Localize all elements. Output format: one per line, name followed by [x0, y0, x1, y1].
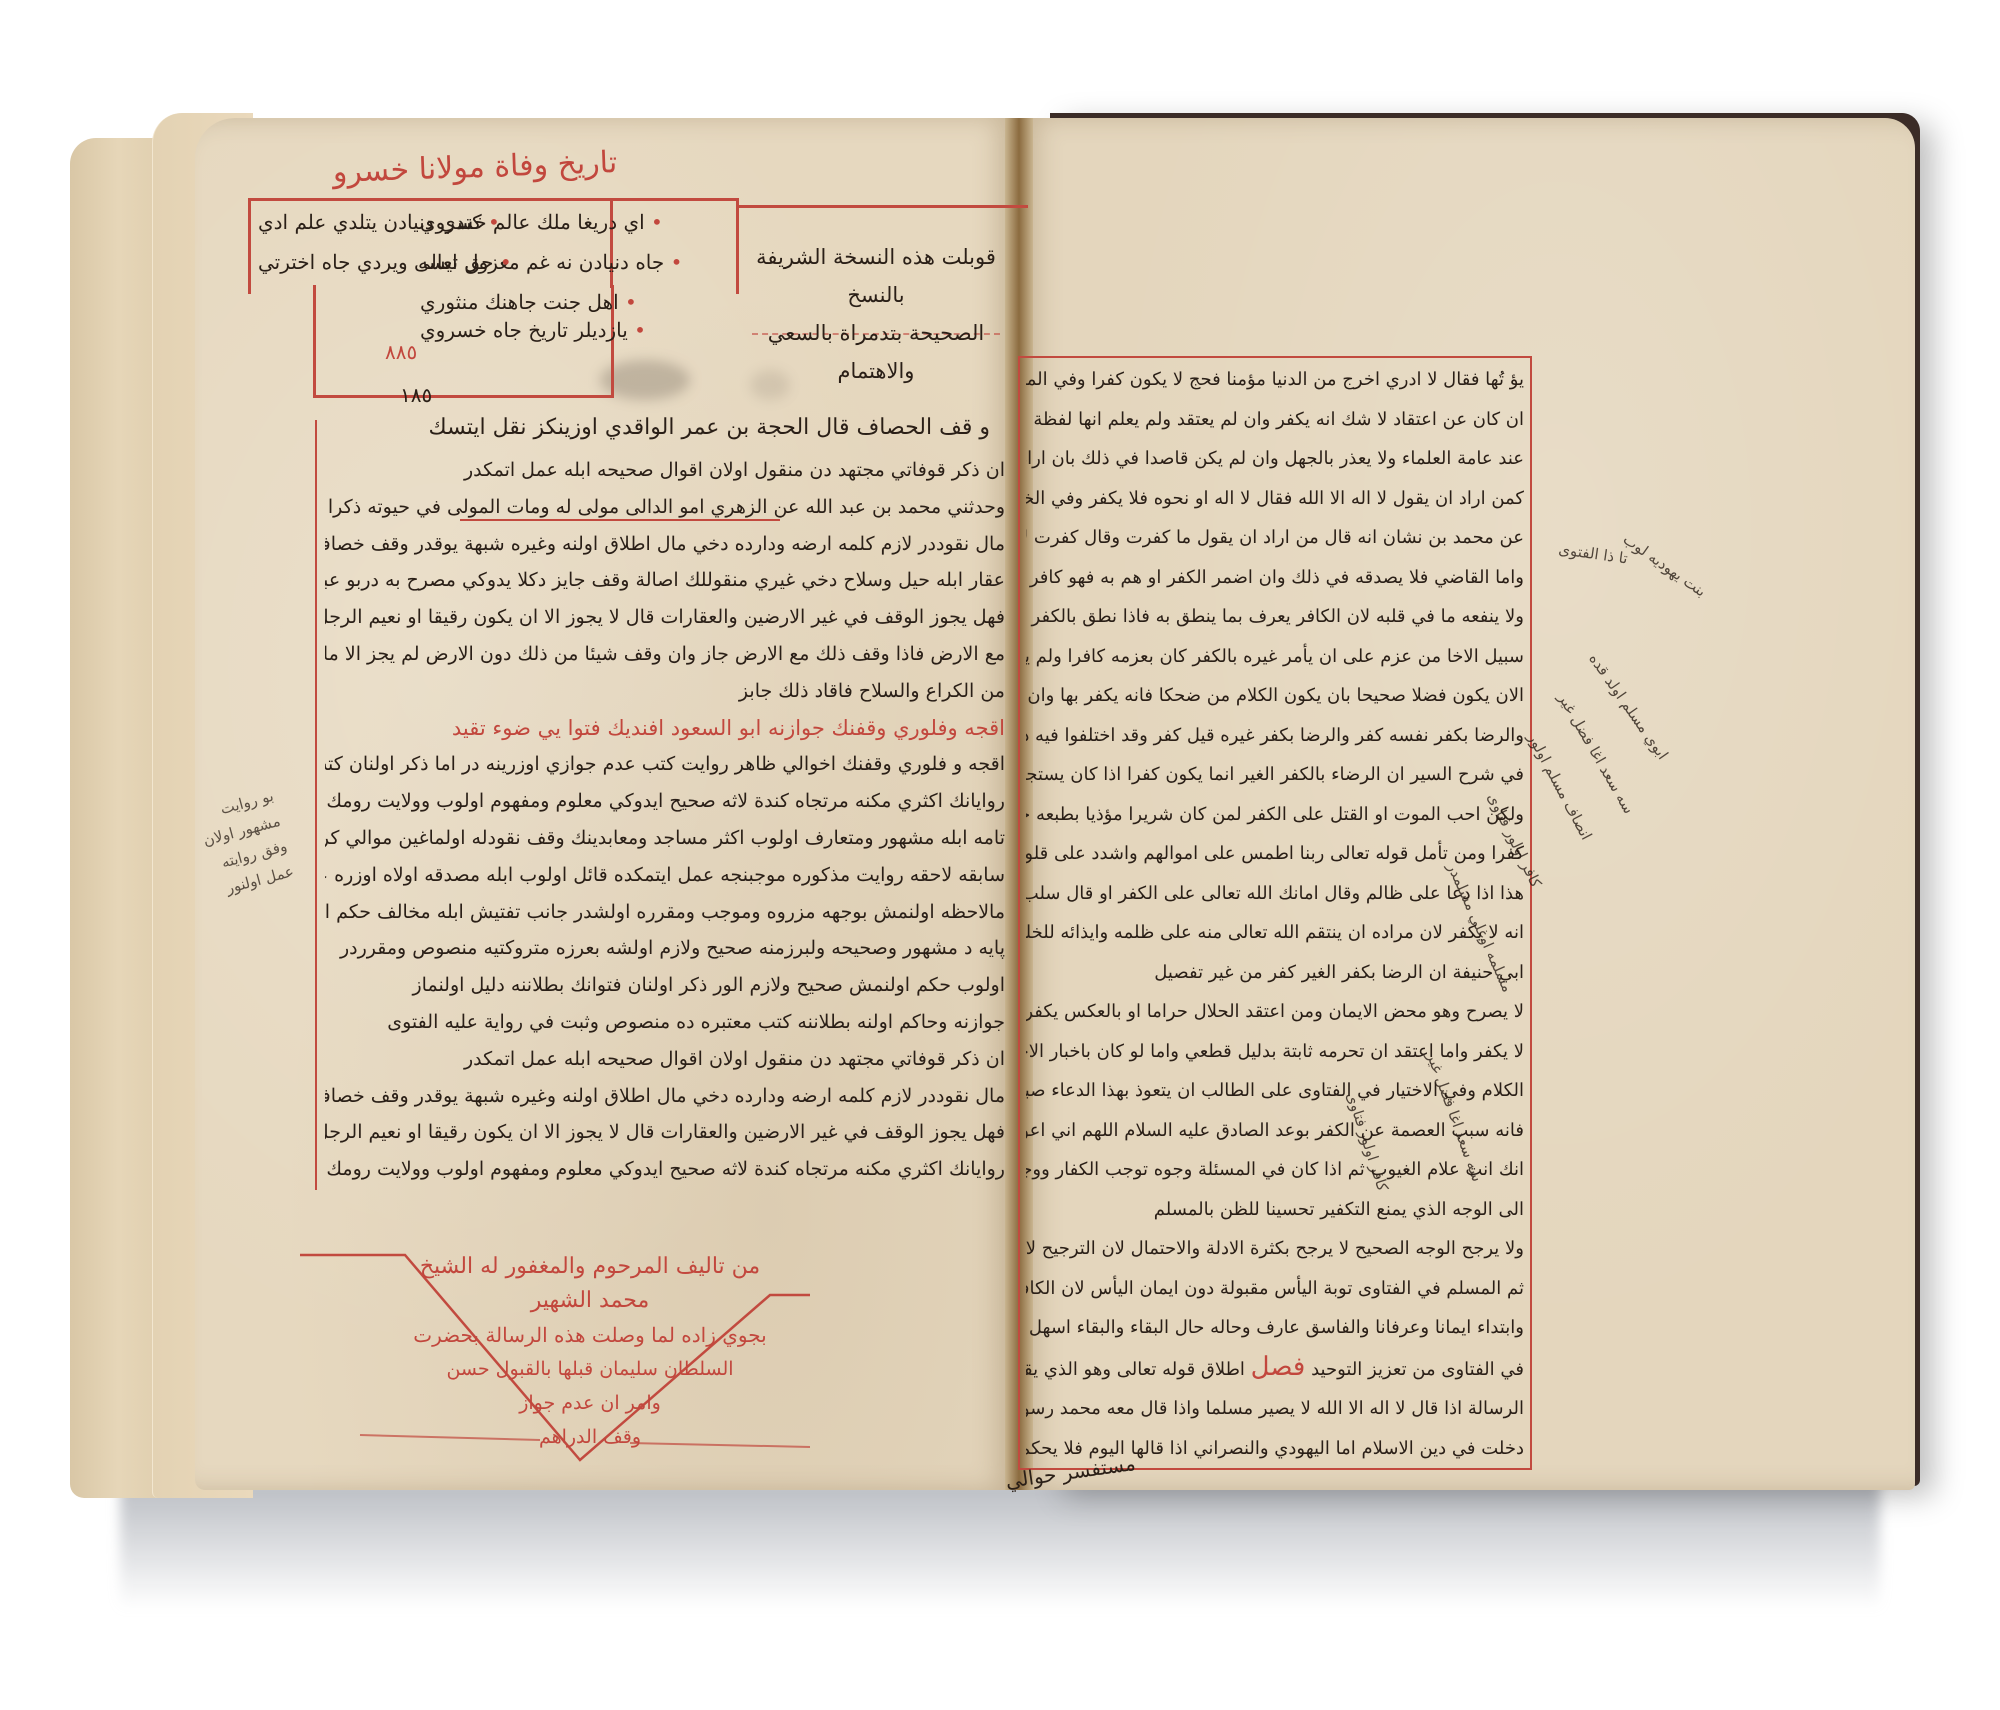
margin-note: تا ذا الفتوى [1557, 540, 1628, 567]
colophon: من تاليف المرحوم والمغفور له الشيخ محمد … [400, 1250, 780, 1440]
text-line: سبيل الاخا من عزم على ان يأمر غيره بالكف… [1026, 637, 1524, 677]
text-line: عقار ابله حيل وسلاح دخي غيري منقوللك اصا… [325, 562, 1005, 599]
section-heading-fasl: فصل [1251, 1352, 1306, 1382]
collation-note: قوبلت هذه النسخة الشريفة بالنسخ الصحيحة … [752, 238, 1000, 335]
text-line: ولكن احب الموت او القتل على الكفر لمن كا… [1026, 795, 1524, 835]
text-line: والرضا بكفر نفسه كفر والرضا بكفر غيره قي… [1026, 716, 1524, 756]
text-line: جوازنه وحاكم اولنه بطلاننه كتب معتبره ده… [325, 1004, 1005, 1041]
text-line: انه لا يكفر لان مراده ان ينتقم الله تعال… [1026, 913, 1524, 953]
text-line: تامه ابله مشهور ومتعارف اولوب اكثر مساجد… [325, 820, 1005, 857]
text-line: وحدثني محمد بن عبد الله عن الزهري امو ال… [325, 489, 1005, 526]
text-line-with-heading: في الفتاوى من تعزيز التوحيد فصل اطلاق قو… [1026, 1348, 1524, 1390]
text-line: فهل يجوز الوقف في غير الارضين والعقارات … [325, 1114, 1005, 1151]
text-line-red: اقجه وفلوري وقفنك جوازنه ابو السعود افند… [325, 710, 1005, 747]
chronogram-date-black: ١٨٥ [400, 383, 432, 407]
text-line: كمن اراد ان يقول لا اله الا الله فقال لا… [1026, 479, 1524, 519]
text-line: مالاحظه اولنمش بوجهه مزروه وموجب ومقرره … [325, 894, 1005, 931]
text-line: لا يصرح وهو محض الايمان ومن اعتقد الحلال… [1026, 992, 1524, 1032]
text-line: ولا ينفعه ما في قلبه لان الكافر يعرف بما… [1026, 597, 1524, 637]
text-line: الى الوجه الذي يمنع التكفير تحسينا للظن … [1026, 1190, 1524, 1230]
poem-line: • حق تعالى ويردي جاه اخترتي [258, 250, 512, 274]
text-line: ابي حنيفة ان الرضا بكفر الغير كفر من غير… [1026, 953, 1524, 993]
text-line: ان كان عن اعتقاد لا شك انه يكفر وان لم ي… [1026, 400, 1524, 440]
margin-note: بنت يهوديه لوب [1620, 530, 1710, 600]
right-body-text: يؤ تُها فقال لا ادري اخرج من الدنيا مؤمن… [1026, 360, 1524, 1468]
text-line: وابتداء ايمانا وعرفانا والفاسق عارف وحال… [1026, 1308, 1524, 1348]
poem-line: • كتدي دنيادن يتلدي علم ادي [258, 210, 500, 234]
poem-line: • يازديلر تاريخ جاه خسروي [420, 318, 646, 342]
poem-line: • اهل جنت جاهنك منثوري [420, 290, 637, 314]
text-line: ثم المسلم في الفتاوى توبة اليأس مقبولة د… [1026, 1269, 1524, 1309]
text-line: اقجه و فلوري وقفنك اخوالي ظاهر روايت كتب… [325, 746, 1005, 783]
right-margin-notes: تا ذا الفتوى بنت يهوديه لوب ابوي مسلم او… [1540, 530, 1820, 1310]
text-line: ولا يرجح الوجه الصحيح لا يرجح بكثرة الاد… [1026, 1229, 1524, 1269]
text-line: مال نقوددر لازم كلمه ارضه ودارده دخي مال… [325, 1078, 1005, 1115]
text-line: ان ذكر قوفاتي مجتهد دن منقول اولان اقوال… [325, 452, 1005, 489]
text-line: ان ذكر قوفاتي مجتهد دن منقول اولان اقوال… [325, 1041, 1005, 1078]
text-line: فهل يجوز الوقف في غير الارضين والعقارات … [325, 599, 1005, 636]
text-line: الرسالة اذا قال لا اله الا الله لا يصير … [1026, 1389, 1524, 1429]
text-line: مع الارض فاذا وقف ذلك مع الارض جاز وان و… [325, 636, 1005, 673]
text-line: من الكراع والسلاح فاقاد ذلك جابز [325, 673, 1005, 710]
text-line: سابقه لاحقه روايت مذكوره موجبنجه عمل ايت… [325, 857, 1005, 894]
chronogram-date-red: ٨٨٥ [385, 340, 417, 364]
manuscript: تاريخ وفاة مولانا خسرو • اي دريغا ملك عا… [0, 0, 2000, 1710]
text-line: واما القاضي فلا يصدقه في ذلك وان اضمر ال… [1026, 558, 1524, 598]
text-line: عن محمد بن نشان انه قال من اراد ان يقول … [1026, 518, 1524, 558]
left-body-text: ان ذكر قوفاتي مجتهد دن منقول اولان اقوال… [325, 452, 1005, 1188]
text-line: اولوب حكم اولنمش صحيح ولازم الور ذكر اول… [325, 967, 1005, 1004]
left-text-block: ان ذكر قوفاتي مجتهد دن منقول اولان اقوال… [315, 420, 1005, 1190]
text-line: عند عامة العلماء ولا يعذر بالجهل وان لم … [1026, 439, 1524, 479]
text-line: لا يكفر واما اعتقد ان تحرمه ثابتة بدليل … [1026, 1032, 1524, 1072]
text-line: الان يكون فضلا صحيحا بان يكون الكلام من … [1026, 676, 1524, 716]
text-line: في شرح السير ان الرضاء بالكفر الغير انما… [1026, 755, 1524, 795]
text-line: پايه د مشهور وصحيحه ولبرزمنه صحيح ولازم … [325, 930, 1005, 967]
text-line: روايانك اكثري مكنه مرتجاه كندة لاثه صحيح… [325, 1151, 1005, 1188]
text-line: روايانك اكثري مكنه مرتجاه كندة لاثه صحيح… [325, 783, 1005, 820]
right-text-block: يؤ تُها فقال لا ادري اخرج من الدنيا مؤمن… [1018, 356, 1532, 1470]
text-line: مال نقوددر لازم كلمه ارضه ودارده دخي مال… [325, 526, 1005, 563]
text-line: يؤ تُها فقال لا ادري اخرج من الدنيا مؤمن… [1026, 360, 1524, 400]
collation-frame-line [738, 205, 1028, 208]
text-line: انك انت علام الغيوب ثم اذا كان في المسئل… [1026, 1150, 1524, 1190]
